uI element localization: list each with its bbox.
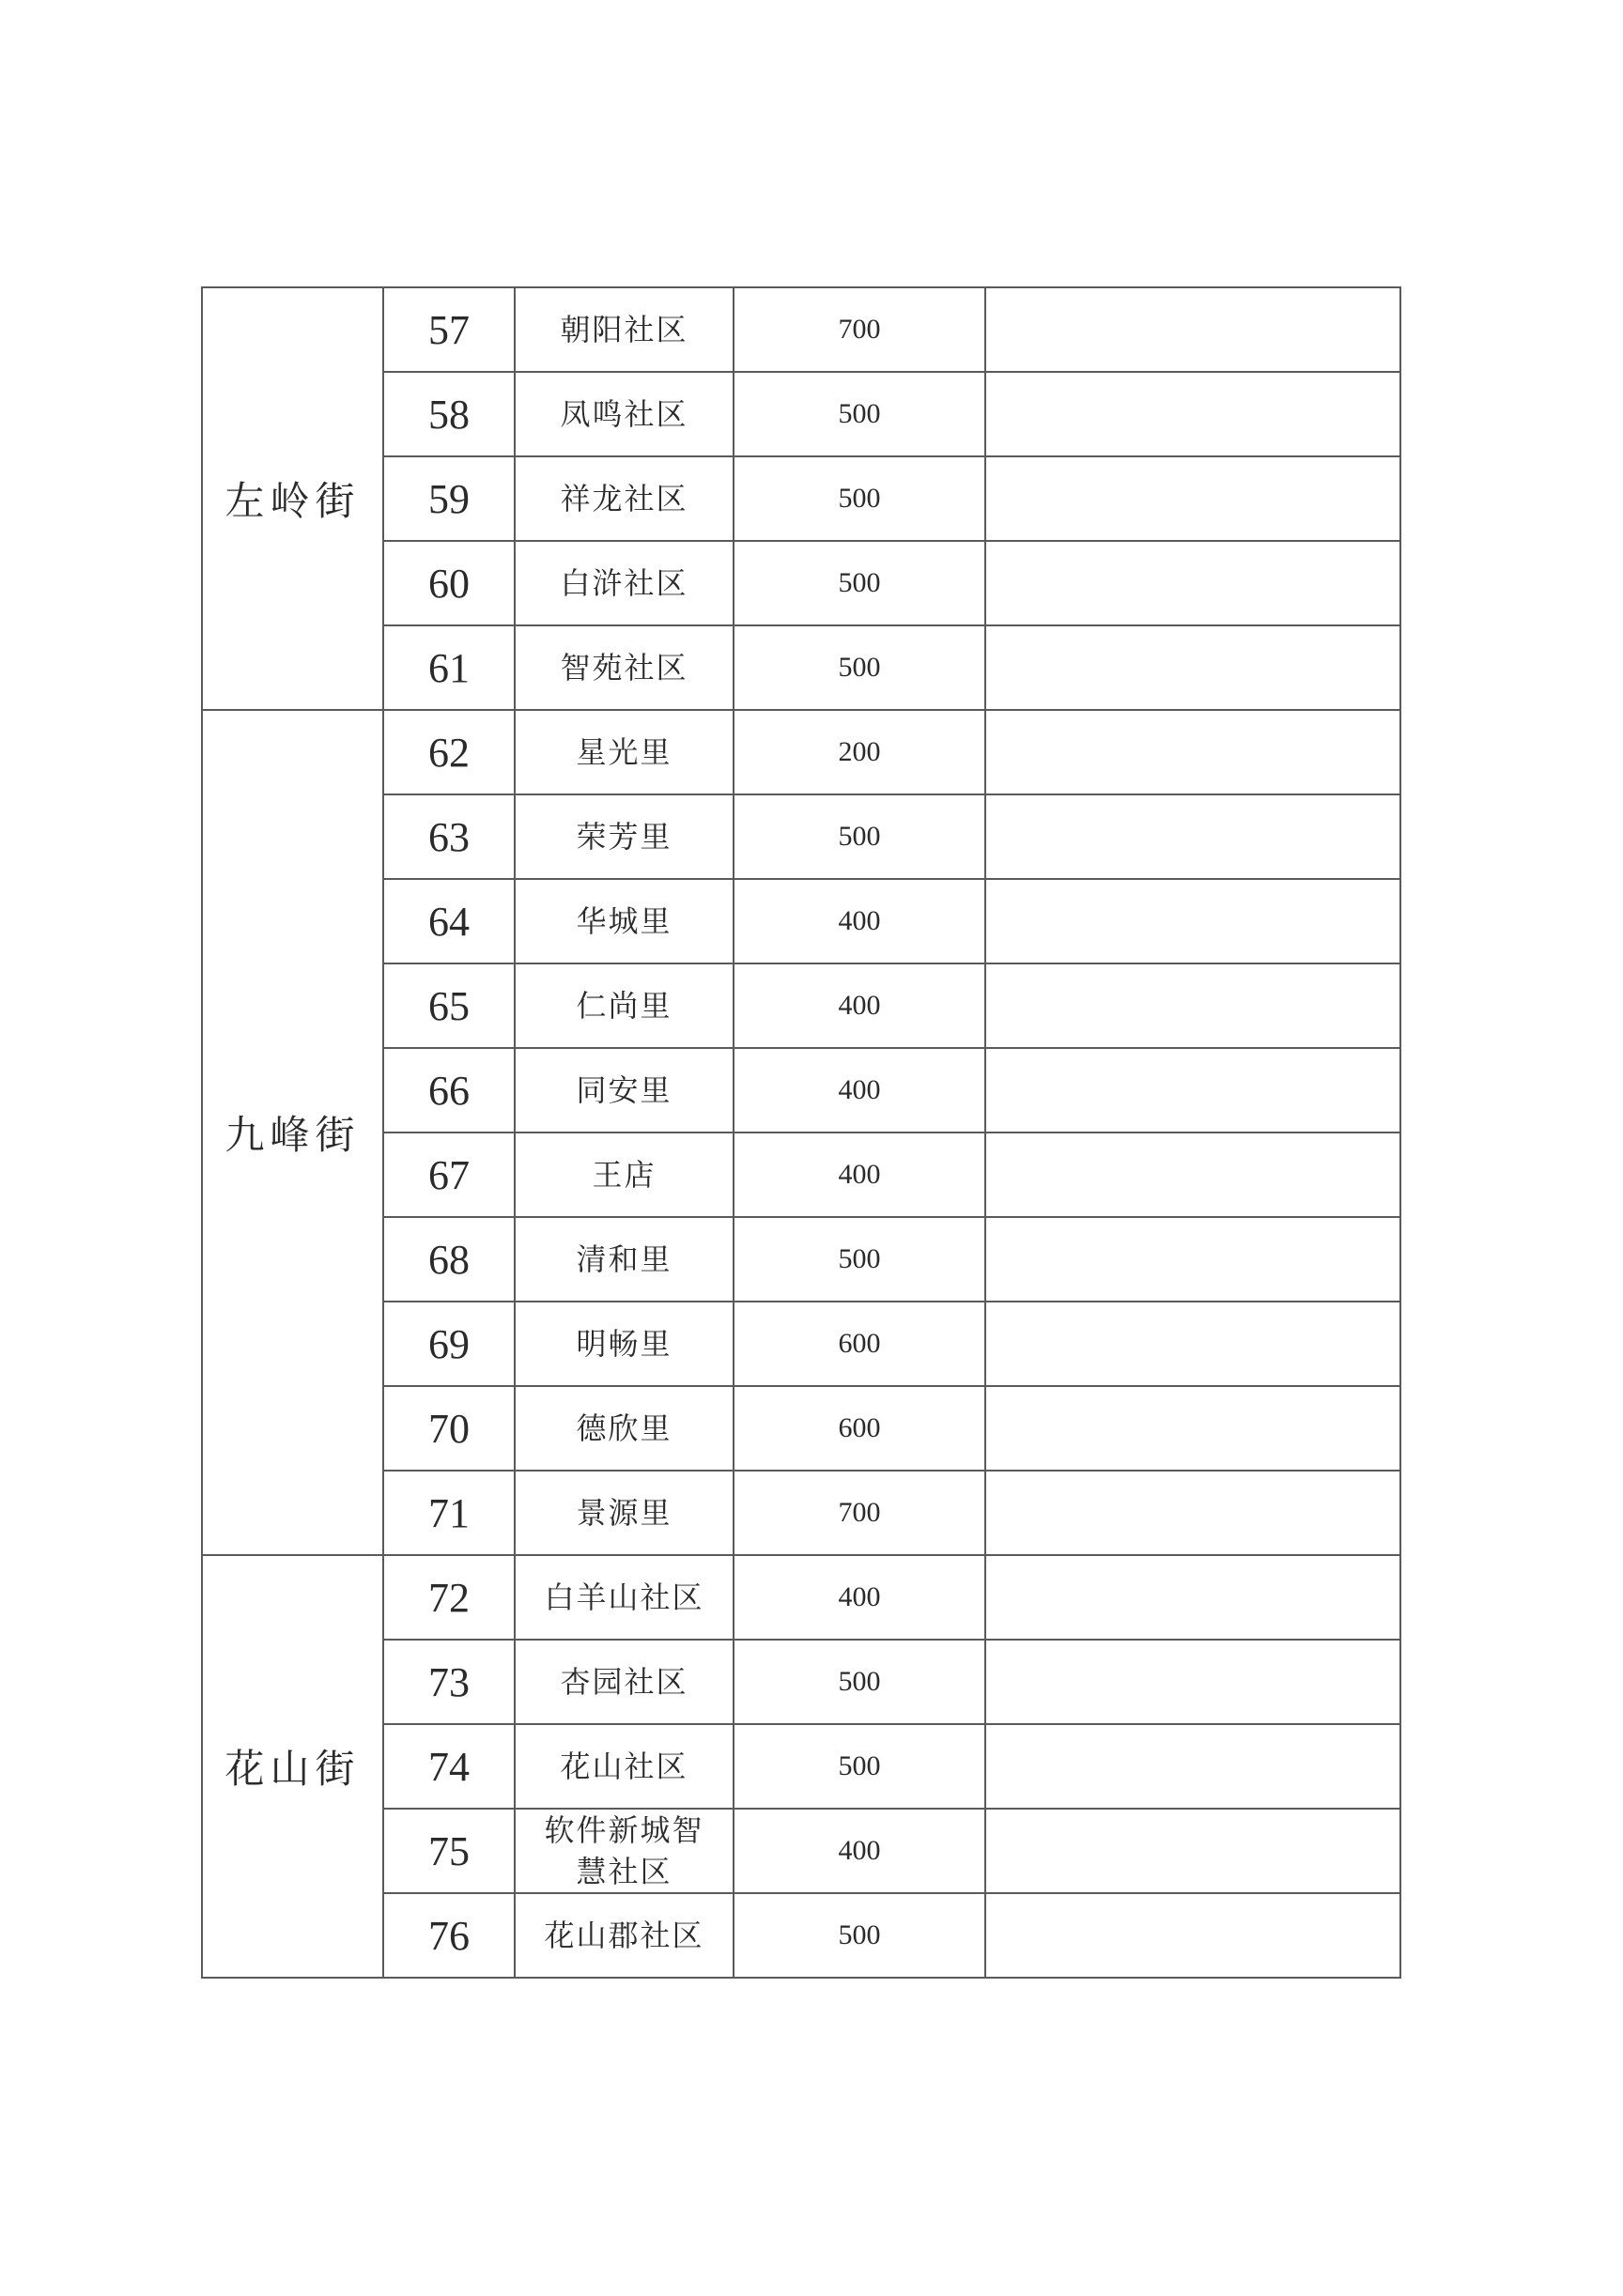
amount: 400 xyxy=(734,1809,985,1893)
note-cell xyxy=(985,794,1400,879)
row-number: 67 xyxy=(383,1133,515,1217)
amount: 400 xyxy=(734,879,985,963)
amount: 200 xyxy=(734,710,985,794)
note-cell xyxy=(985,287,1400,372)
row-number: 76 xyxy=(383,1893,515,1978)
community-name: 荣芳里 xyxy=(515,794,734,879)
note-cell xyxy=(985,1048,1400,1133)
amount: 500 xyxy=(734,456,985,541)
amount: 500 xyxy=(734,794,985,879)
community-name: 华城里 xyxy=(515,879,734,963)
amount: 400 xyxy=(734,1555,985,1640)
row-number: 66 xyxy=(383,1048,515,1133)
row-number: 57 xyxy=(383,287,515,372)
community-name: 凤鸣社区 xyxy=(515,372,734,456)
community-name: 仁尚里 xyxy=(515,963,734,1048)
row-number: 70 xyxy=(383,1386,515,1471)
table-row: 九峰街 62 星光里 200 xyxy=(202,710,1400,794)
amount: 600 xyxy=(734,1302,985,1386)
amount: 500 xyxy=(734,625,985,710)
amount: 400 xyxy=(734,963,985,1048)
note-cell xyxy=(985,1555,1400,1640)
amount: 400 xyxy=(734,1133,985,1217)
community-name: 朝阳社区 xyxy=(515,287,734,372)
community-name: 清和里 xyxy=(515,1217,734,1302)
row-number: 68 xyxy=(383,1217,515,1302)
community-name: 王店 xyxy=(515,1133,734,1217)
note-cell xyxy=(985,1471,1400,1555)
row-number: 75 xyxy=(383,1809,515,1893)
community-name: 花山郡社区 xyxy=(515,1893,734,1978)
amount: 500 xyxy=(734,1217,985,1302)
row-number: 62 xyxy=(383,710,515,794)
community-name: 明畅里 xyxy=(515,1302,734,1386)
community-allocation-table: 左岭街 57 朝阳社区 700 58 凤鸣社区 500 59 祥龙社区 500 … xyxy=(201,286,1401,1979)
note-cell xyxy=(985,1809,1400,1893)
community-name: 白浒社区 xyxy=(515,541,734,625)
note-cell xyxy=(985,1893,1400,1978)
note-cell xyxy=(985,963,1400,1048)
note-cell xyxy=(985,1133,1400,1217)
amount: 500 xyxy=(734,1893,985,1978)
row-number: 60 xyxy=(383,541,515,625)
community-name: 德欣里 xyxy=(515,1386,734,1471)
amount: 400 xyxy=(734,1048,985,1133)
community-name: 软件新城智慧社区 xyxy=(515,1809,734,1893)
document-page: 左岭街 57 朝阳社区 700 58 凤鸣社区 500 59 祥龙社区 500 … xyxy=(0,0,1623,2296)
note-cell xyxy=(985,541,1400,625)
note-cell xyxy=(985,1724,1400,1809)
row-number: 64 xyxy=(383,879,515,963)
community-name: 花山社区 xyxy=(515,1724,734,1809)
community-name: 智苑社区 xyxy=(515,625,734,710)
row-number: 72 xyxy=(383,1555,515,1640)
note-cell xyxy=(985,879,1400,963)
note-cell xyxy=(985,372,1400,456)
amount: 500 xyxy=(734,372,985,456)
row-number: 63 xyxy=(383,794,515,879)
amount: 700 xyxy=(734,287,985,372)
note-cell xyxy=(985,1302,1400,1386)
street-cell: 九峰街 xyxy=(202,710,383,1555)
amount: 500 xyxy=(734,1640,985,1724)
row-number: 71 xyxy=(383,1471,515,1555)
community-name: 同安里 xyxy=(515,1048,734,1133)
row-number: 61 xyxy=(383,625,515,710)
amount: 600 xyxy=(734,1386,985,1471)
community-name: 景源里 xyxy=(515,1471,734,1555)
street-cell: 花山街 xyxy=(202,1555,383,1978)
row-number: 69 xyxy=(383,1302,515,1386)
note-cell xyxy=(985,1217,1400,1302)
row-number: 59 xyxy=(383,456,515,541)
amount: 500 xyxy=(734,541,985,625)
note-cell xyxy=(985,1386,1400,1471)
row-number: 58 xyxy=(383,372,515,456)
community-name: 杏园社区 xyxy=(515,1640,734,1724)
community-name: 星光里 xyxy=(515,710,734,794)
amount: 500 xyxy=(734,1724,985,1809)
note-cell xyxy=(985,710,1400,794)
note-cell xyxy=(985,1640,1400,1724)
row-number: 73 xyxy=(383,1640,515,1724)
street-cell: 左岭街 xyxy=(202,287,383,710)
row-number: 74 xyxy=(383,1724,515,1809)
note-cell xyxy=(985,625,1400,710)
amount: 700 xyxy=(734,1471,985,1555)
table-row: 左岭街 57 朝阳社区 700 xyxy=(202,287,1400,372)
note-cell xyxy=(985,456,1400,541)
row-number: 65 xyxy=(383,963,515,1048)
table-row: 花山街 72 白羊山社区 400 xyxy=(202,1555,1400,1640)
community-name: 白羊山社区 xyxy=(515,1555,734,1640)
community-name: 祥龙社区 xyxy=(515,456,734,541)
